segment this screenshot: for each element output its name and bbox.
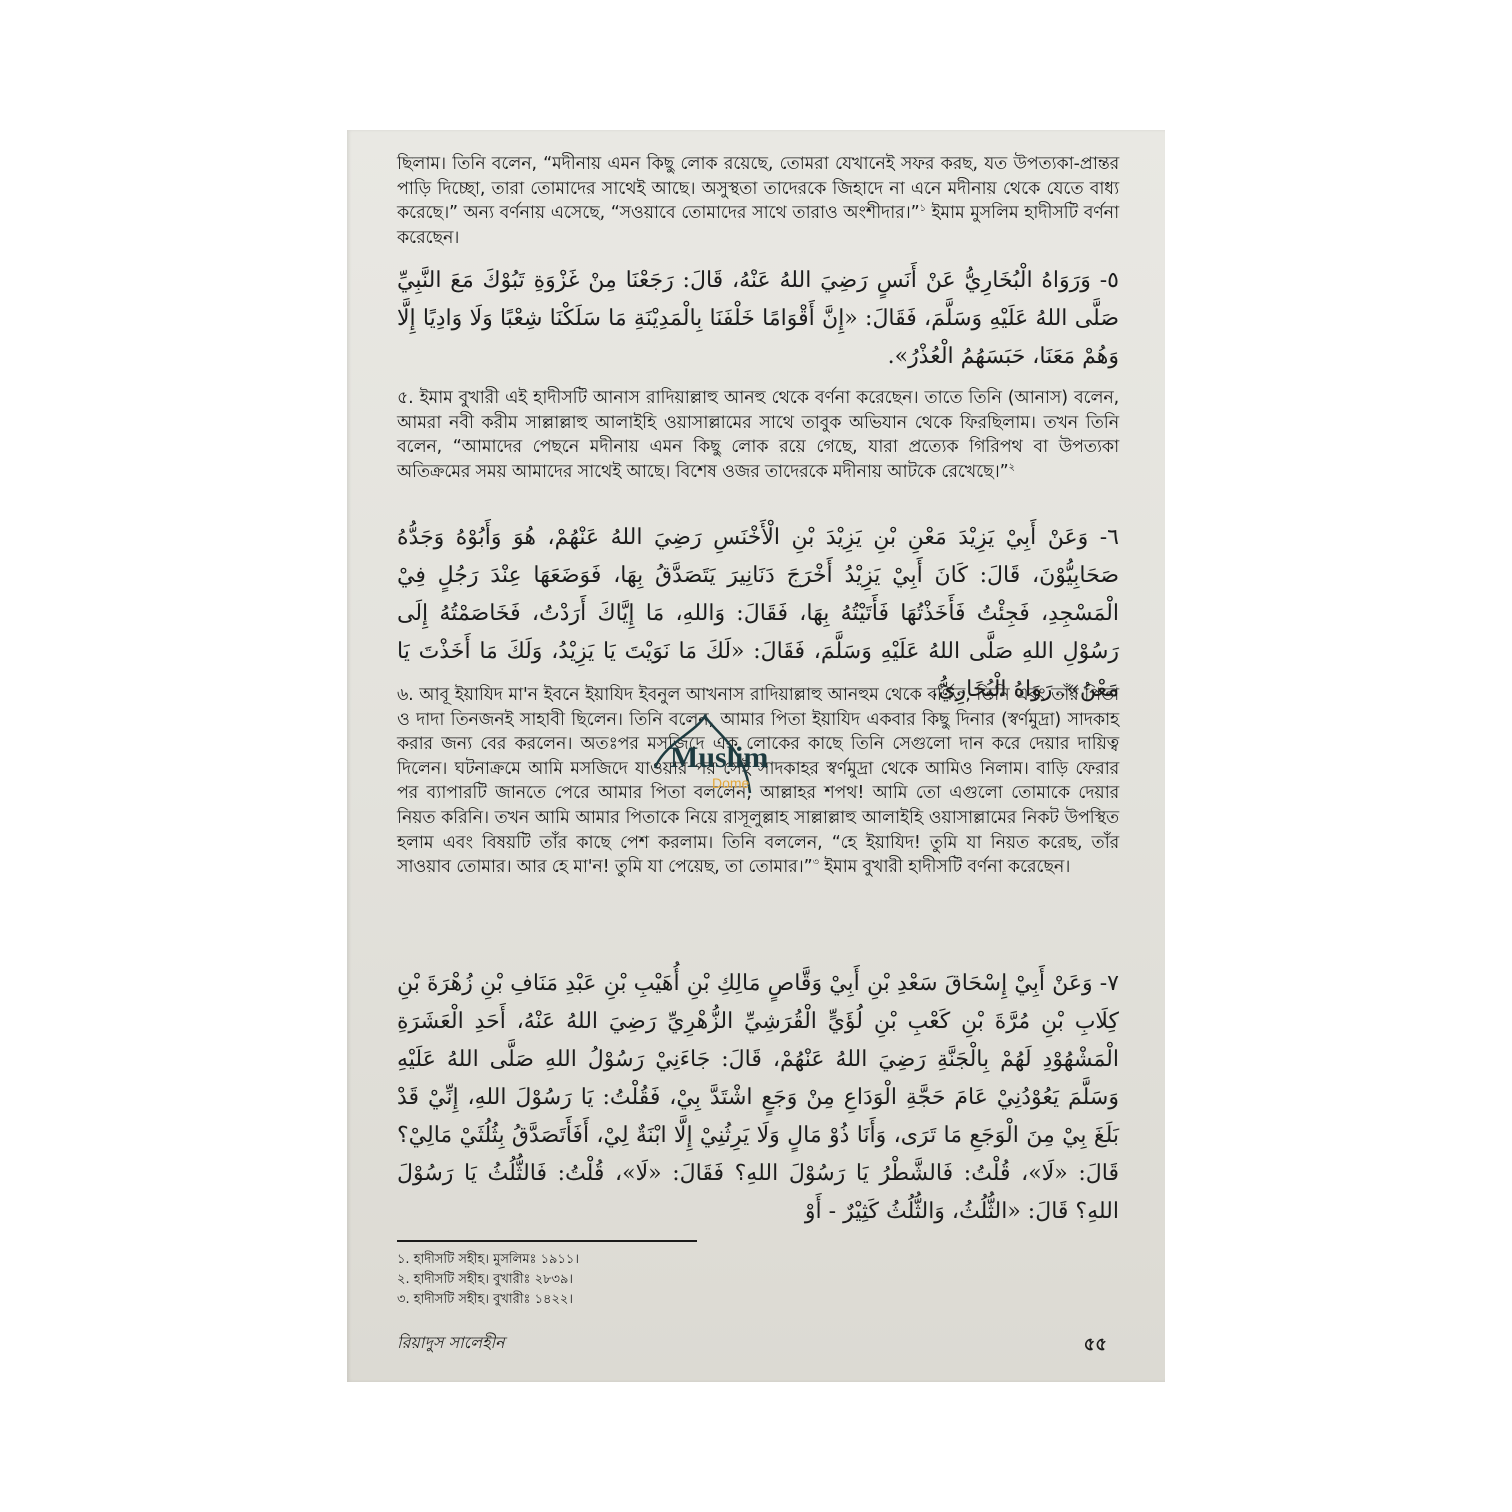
arabic-hadith-6: ٦- وَعَنْ أَبِيْ يَزِيْدَ مَعْنِ بْنِ يَ…: [397, 519, 1119, 677]
footnote-1: ১. হাদীসটি সহীহ। মুসলিমঃ ১৯১১।: [397, 1250, 579, 1270]
footnote-3: ৩. হাদীসটি সহীহ। বুখারীঃ ১৪২২।: [397, 1290, 579, 1310]
bengali-hadith-6: ৬. আবূ ইয়াযিদ মা'ন ইবনে ইয়াযিদ ইবনুল আ…: [397, 683, 1119, 955]
arabic-hadith-7: ٧- وَعَنْ أَبِيْ إِسْحَاقَ سَعْدِ بْنِ أ…: [397, 965, 1119, 1205]
arabic-hadith-5: ٥- وَرَوَاهُ الْبُخَارِيُّ عَنْ أَنَسٍ ر…: [397, 262, 1119, 380]
footnote-marker: ২: [1008, 462, 1014, 473]
footnote-divider: [397, 1240, 697, 1242]
page-content: ছিলাম। তিনি বলেন, “মদীনায় এমন কিছু লোক …: [397, 152, 1119, 1211]
page-number: ৫৫: [1084, 1330, 1107, 1361]
book-title: রিয়াদুস সালেহীন: [397, 1330, 505, 1357]
book-page: ছিলাম। তিনি বলেন, “মদীনায় এমন কিছু লোক …: [347, 130, 1165, 1382]
bengali-hadith-5: ৫. ইমাম বুখারী এই হাদীসটি আনাস রাদিয়াল্…: [397, 386, 1119, 511]
footnote-2: ২. হাদীসটি সহীহ। বুখারীঃ ২৮৩৯।: [397, 1270, 579, 1290]
footnotes: ১. হাদীসটি সহীহ। মুসলিমঃ ১৯১১। ২. হাদীসট…: [397, 1250, 579, 1310]
bengali-paragraph-continuation: ছিলাম। তিনি বলেন, “মদীনায় এমন কিছু লোক …: [397, 152, 1119, 254]
